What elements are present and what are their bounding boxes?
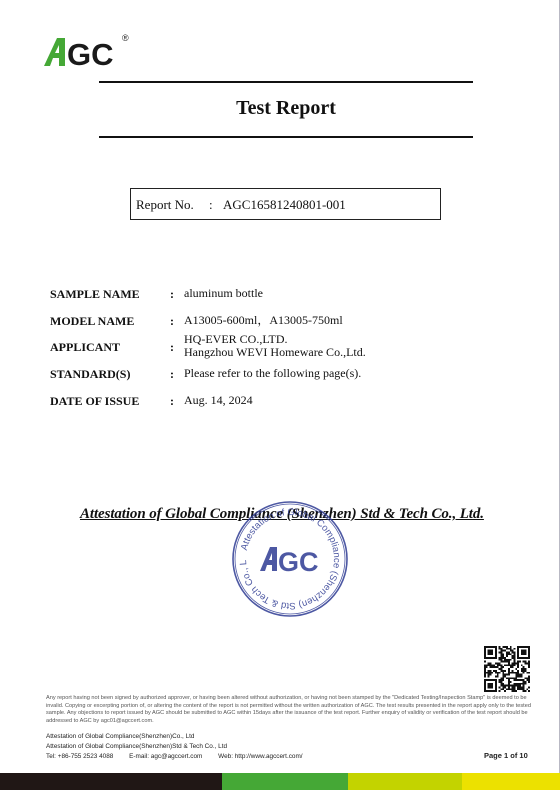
- report-number-separator: :: [209, 197, 213, 213]
- footer-bar-yellow: [462, 773, 560, 790]
- footer-email[interactable]: E-mail: agc@agccert.com: [129, 753, 202, 760]
- field-colon: :: [170, 314, 174, 329]
- report-number-box: Report No. : AGC16581240801-001: [130, 188, 441, 220]
- title-rule-top: [99, 81, 473, 83]
- field-label: APPLICANT: [50, 340, 120, 355]
- agc-logo: GC: [44, 36, 134, 68]
- field-label: SAMPLE NAME: [50, 287, 140, 302]
- company-seal-stamp: Attestation of Global Compliance (Shenzh…: [230, 499, 350, 619]
- field-value: Aug. 14, 2024: [184, 394, 253, 407]
- registered-mark: ®: [122, 33, 129, 43]
- report-number-label: Report No.: [136, 197, 194, 213]
- field-colon: :: [170, 367, 174, 382]
- report-number-value: AGC16581240801-001: [223, 197, 346, 213]
- footer-bar-black: [0, 773, 222, 790]
- page-title: Test Report: [99, 97, 473, 120]
- qr-code: [484, 646, 530, 692]
- field-colon: :: [170, 287, 174, 302]
- footer-bar-green: [222, 773, 348, 790]
- field-label: STANDARD(S): [50, 367, 130, 382]
- footer-company-line2: Attestation of Global Compliance(Shenzhe…: [46, 743, 227, 750]
- field-value: A13005-600ml，A13005-750ml: [184, 314, 343, 327]
- field-label: DATE OF ISSUE: [50, 394, 139, 409]
- footer-contact: Tel: +86-755 2523 4088 E-mail: agc@agcce…: [46, 753, 317, 760]
- title-rule-bottom: [99, 136, 473, 138]
- svg-text:GC: GC: [67, 37, 114, 68]
- footer-tel: Tel: +86-755 2523 4088: [46, 753, 113, 760]
- field-value: aluminum bottle: [184, 287, 263, 300]
- field-value: Please refer to the following page(s).: [184, 367, 361, 380]
- footer-web[interactable]: Web: http://www.agccert.com/: [218, 753, 302, 760]
- field-value-line2: Hangzhou WEVI Homeware Co.,Ltd.: [184, 346, 366, 359]
- field-colon: :: [170, 394, 174, 409]
- footer-company-line1: Attestation of Global Compliance(Shenzhe…: [46, 733, 195, 740]
- page-number: Page 1 of 10: [484, 751, 528, 760]
- footer-bar-lime: [348, 773, 462, 790]
- field-colon: :: [170, 340, 174, 355]
- stamp-logo-text: GC: [278, 547, 319, 577]
- footer-disclaimer: Any report having not been signed by aut…: [46, 695, 536, 725]
- field-label: MODEL NAME: [50, 314, 134, 329]
